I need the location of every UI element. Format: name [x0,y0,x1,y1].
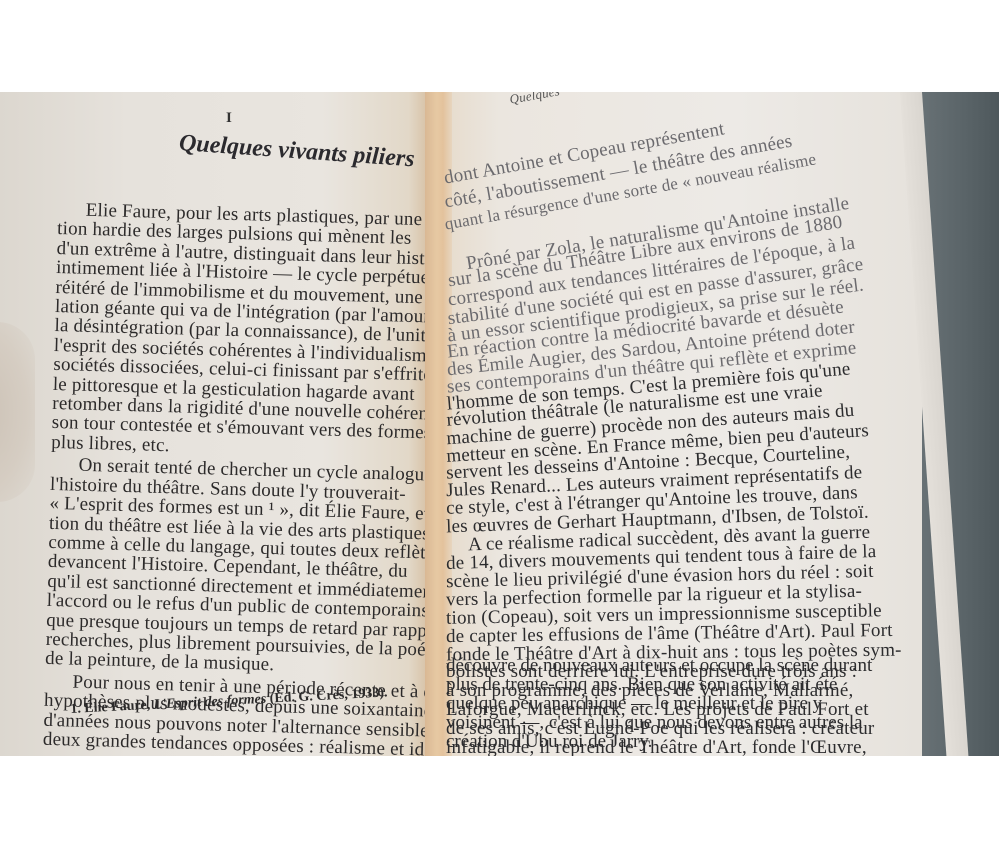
text-line: Laforgue, Maeterlinck, etc. Les projets … [446,700,869,719]
paragraph-2: On serait tenté de chercher un cycle ana… [45,455,421,679]
footnote-number: 1. [70,701,81,717]
left-page: I Quelques vivants piliers Elie Faure, p… [0,92,430,756]
left-page-body: Elie Faure, pour les arts plastiques, pa… [43,200,428,756]
text-line: bolistes sont derrière lui. L'entreprise… [446,662,857,681]
book-photo: I Quelques vivants piliers Elie Faure, p… [0,92,999,756]
text-line: infatigable, il reprend le Théâtre d'Art… [446,738,867,756]
text-line: à son programme, des pièces de Verlaine,… [446,681,853,700]
chapter-title: Quelques vivants piliers [178,130,415,173]
paragraph-1: Elie Faure, pour les arts plastiques, pa… [51,200,428,463]
text-line: de ses amis, c'est Lugné-Poe qui les réa… [446,719,874,738]
thumb [0,322,35,502]
footnote-author: Élie Faure, [84,698,151,716]
chapter-number: I [226,110,232,127]
